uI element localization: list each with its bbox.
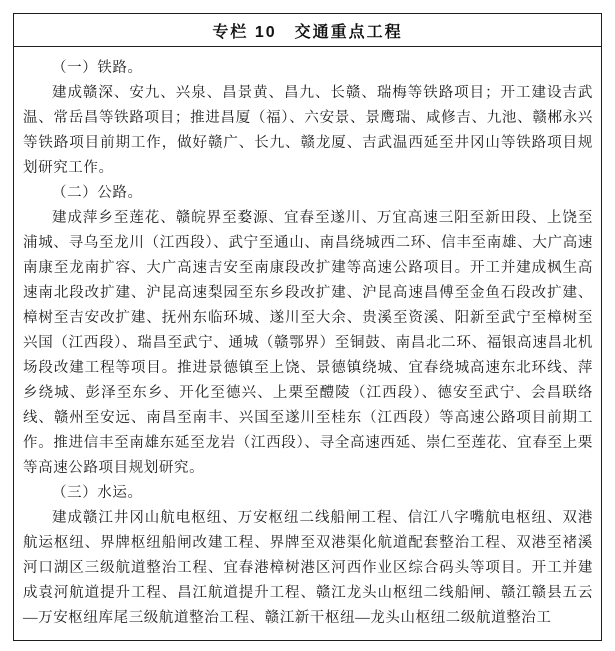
section-text-railway: 建成赣深、安九、兴泉、昌景黄、昌九、长赣、瑞梅等铁路项目；开工建设吉武温、常岳昌… xyxy=(23,81,593,181)
box-header: 专栏 10 交通重点工程 xyxy=(14,14,601,47)
section-text-waterway: 建成赣江井冈山航电枢纽、万安枢纽二线船闸工程、信江八字嘴航电枢纽、双港航运枢纽、… xyxy=(23,506,593,631)
section-heading-waterway: （三）水运。 xyxy=(23,481,593,506)
box-title: 专栏 10 交通重点工程 xyxy=(212,19,402,42)
section-heading-railway: （一）铁路。 xyxy=(23,56,593,81)
section-text-highway: 建成萍乡至莲花、赣皖界至婺源、宜春至遂川、万宜高速三阳至新田段、上饶至浦城、寻乌… xyxy=(23,206,593,481)
box-body: （一）铁路。 建成赣深、安九、兴泉、昌景黄、昌九、长赣、瑞梅等铁路项目；开工建设… xyxy=(14,47,601,640)
feature-box: 专栏 10 交通重点工程 （一）铁路。 建成赣深、安九、兴泉、昌景黄、昌九、长赣… xyxy=(13,13,602,641)
section-heading-highway: （二）公路。 xyxy=(23,181,593,206)
